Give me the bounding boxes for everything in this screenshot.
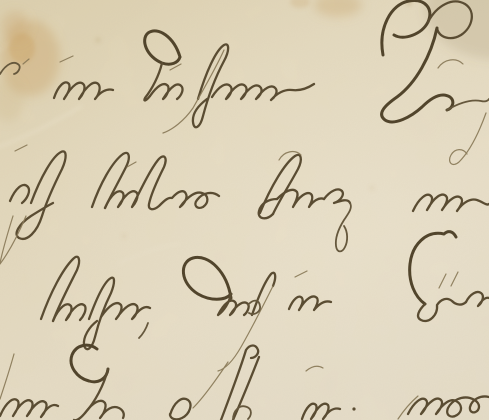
paper-grain — [0, 0, 489, 420]
letter-photo — [0, 0, 489, 420]
handwriting-canvas — [0, 0, 489, 420]
